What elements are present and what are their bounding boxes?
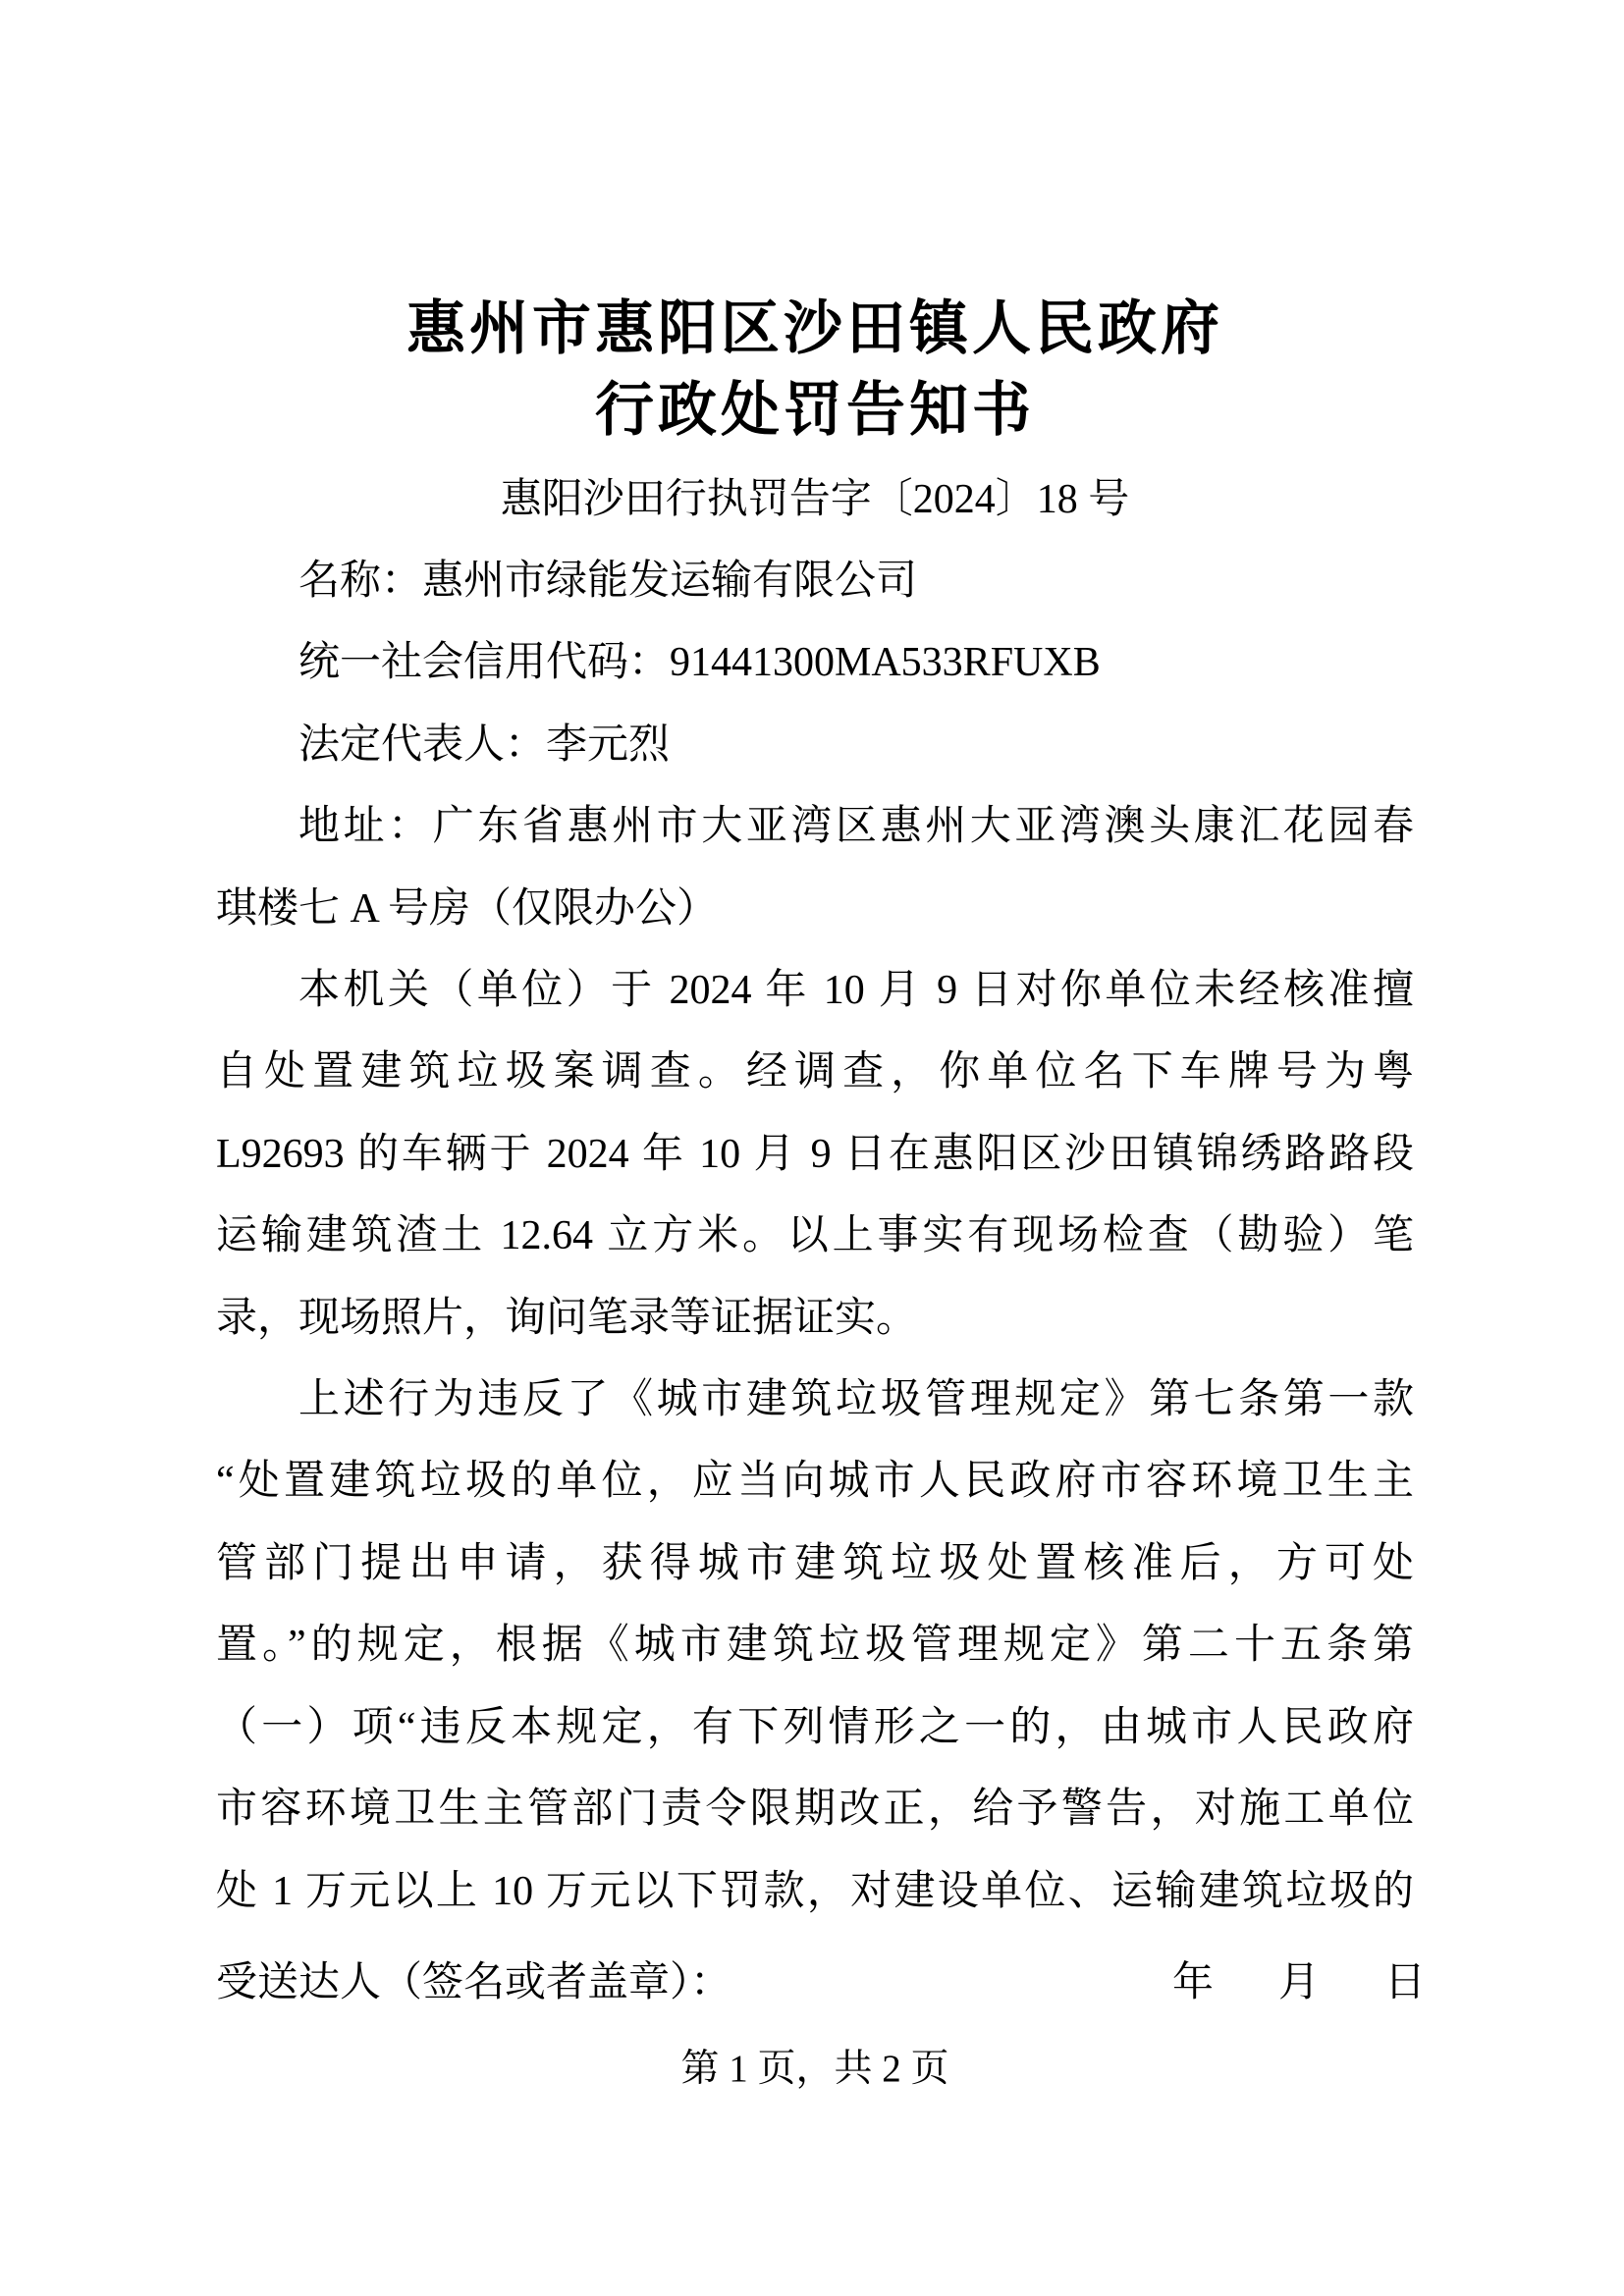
signature-date-placeholders: 年 月 日: [1172, 1943, 1426, 2024]
document-title: 惠州市惠阳区沙田镇人民政府 行政处罚告知书: [216, 0, 1414, 452]
body-line: 名称：惠州市绿能发运输有限公司: [216, 541, 1414, 622]
body-line: 上述行为违反了《城市建筑垃圾管理规定》第七条第一款: [216, 1360, 1414, 1441]
body-line: 置。”的规定，根据《城市建筑垃圾管理规定》第二十五条第: [216, 1605, 1414, 1686]
year-label: 年: [1172, 1943, 1214, 2024]
document-body: 名称：惠州市绿能发运输有限公司统一社会信用代码：91441300MA533RFU…: [216, 541, 1414, 1933]
body-line: 法定代表人：李元烈: [216, 705, 1414, 786]
page-number-footer: 第 1 页，共 2 页: [216, 2028, 1414, 2109]
document-content: 惠州市惠阳区沙田镇人民政府 行政处罚告知书 惠阳沙田行执罚告字〔2024〕18 …: [216, 0, 1414, 2109]
body-line: 运输建筑渣土 12.64 立方米。以上事实有现场检查（勘验）笔: [216, 1196, 1414, 1277]
document-page: 惠州市惠阳区沙田镇人民政府 行政处罚告知书 惠阳沙田行执罚告字〔2024〕18 …: [0, 0, 1624, 2296]
body-line: 本机关（单位）于 2024 年 10 月 9 日对你单位未经核准擅: [216, 950, 1414, 1032]
signature-line: 受送达人（签名或者盖章）： 年 月 日: [216, 1943, 1414, 2024]
body-line: “处置建筑垃圾的单位，应当向城市人民政府市容环境卫生主: [216, 1441, 1414, 1522]
document-number: 惠阳沙田行执罚告字〔2024〕18 号: [216, 459, 1414, 541]
body-line: 处 1 万元以上 10 万元以下罚款，对建设单位、运输建筑垃圾的: [216, 1851, 1414, 1933]
day-label: 日: [1384, 1943, 1426, 2024]
month-label: 月: [1278, 1943, 1320, 2024]
body-line: 自处置建筑垃圾案调查。经调查，你单位名下车牌号为粤: [216, 1032, 1414, 1113]
body-line: 琪楼七 A 号房（仅限办公）: [216, 869, 1414, 950]
recipient-signature-label: 受送达人（签名或者盖章）：: [216, 1943, 731, 2024]
body-line: L92693 的车辆于 2024 年 10 月 9 日在惠阳区沙田镇锦绣路路段: [216, 1114, 1414, 1196]
body-line: （一）项“违反本规定，有下列情形之一的，由城市人民政府: [216, 1687, 1414, 1769]
document-title-line1: 惠州市惠阳区沙田镇人民政府: [216, 289, 1414, 370]
body-line: 统一社会信用代码：91441300MA533RFUXB: [216, 622, 1414, 704]
body-line: 管部门提出申请，获得城市建筑垃圾处置核准后，方可处: [216, 1523, 1414, 1605]
body-line: 地址：广东省惠州市大亚湾区惠州大亚湾澳头康汇花园春: [216, 786, 1414, 868]
body-line: 市容环境卫生主管部门责令限期改正，给予警告，对施工单位: [216, 1769, 1414, 1850]
document-title-line2: 行政处罚告知书: [216, 370, 1414, 452]
body-line: 录，现场照片，询问笔录等证据证实。: [216, 1278, 1414, 1360]
